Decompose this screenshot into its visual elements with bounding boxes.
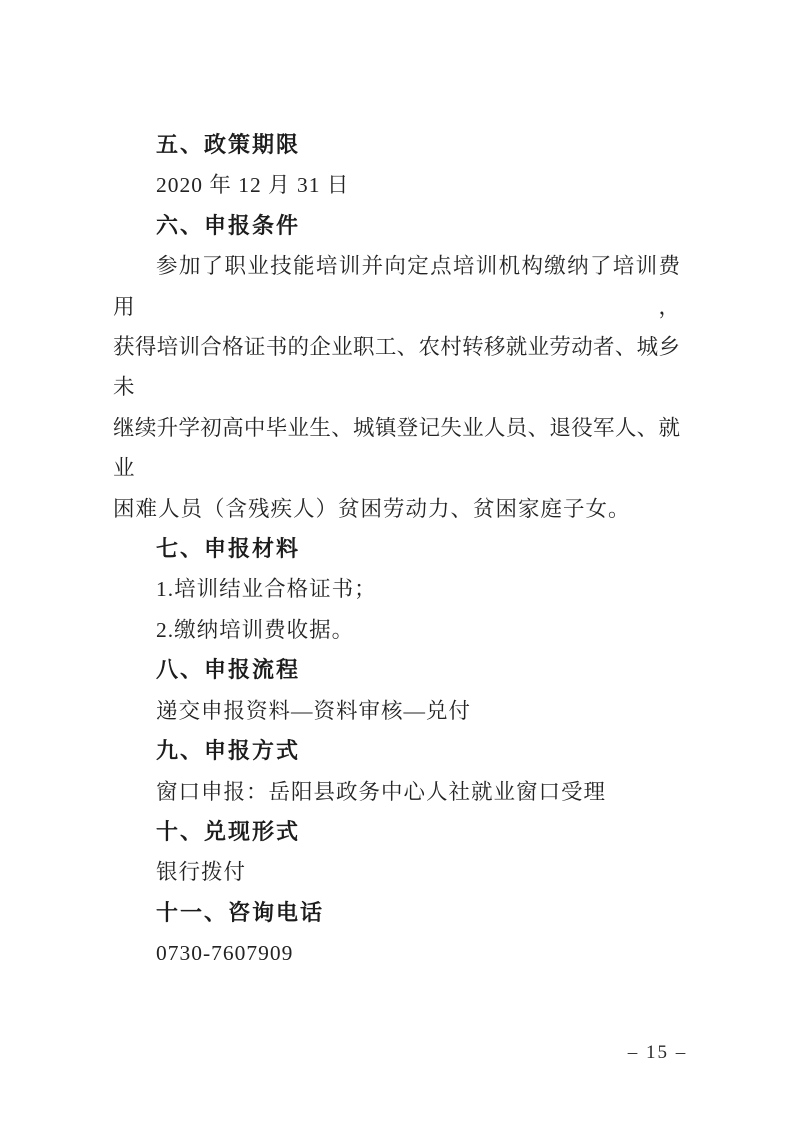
materials-item-2: 2.缴纳培训费收据。 (113, 610, 680, 650)
section-application-method: 九、申报方式 窗口申报：岳阳县政务中心人社就业窗口受理 (113, 731, 680, 812)
section-payment-form: 十、兑现形式 银行拨付 (113, 812, 680, 893)
section-application-conditions: 六、申报条件 参加了职业技能培训并向定点培训机构缴纳了培训费用， 获得培训合格证… (113, 206, 680, 529)
conditions-paragraph-line: 困难人员（含残疾人）贫困劳动力、贫困家庭子女。 (113, 489, 680, 529)
section-heading-policy-period: 五、政策期限 (113, 125, 680, 165)
document-page: 五、政策期限 2020 年 12 月 31 日 六、申报条件 参加了职业技能培训… (0, 0, 793, 1121)
section-heading-payment-form: 十、兑现形式 (113, 812, 680, 852)
payment-form-text: 银行拨付 (113, 852, 680, 892)
application-method-text: 窗口申报：岳阳县政务中心人社就业窗口受理 (113, 772, 680, 812)
section-policy-period: 五、政策期限 2020 年 12 月 31 日 (113, 125, 680, 206)
section-heading-consultation-phone: 十一、咨询电话 (113, 893, 680, 933)
consultation-phone-number: 0730-7607909 (113, 933, 680, 973)
conditions-paragraph-line: 获得培训合格证书的企业职工、农村转移就业劳动者、城乡未 (113, 327, 680, 408)
page-number: – 15 – (610, 1042, 705, 1064)
section-application-process: 八、申报流程 递交申报资料—资料审核—兑付 (113, 650, 680, 731)
policy-period-date: 2020 年 12 月 31 日 (113, 165, 680, 205)
materials-item-1: 1.培训结业合格证书； (113, 569, 680, 609)
conditions-paragraph-line: 继续升学初高中毕业生、城镇登记失业人员、退役军人、就业 (113, 408, 680, 489)
section-heading-application-process: 八、申报流程 (113, 650, 680, 690)
document-content: 五、政策期限 2020 年 12 月 31 日 六、申报条件 参加了职业技能培训… (113, 125, 680, 974)
process-flow-text: 递交申报资料—资料审核—兑付 (113, 691, 680, 731)
section-heading-application-conditions: 六、申报条件 (113, 206, 680, 246)
section-heading-application-method: 九、申报方式 (113, 731, 680, 771)
section-application-materials: 七、申报材料 1.培训结业合格证书； 2.缴纳培训费收据。 (113, 529, 680, 650)
section-heading-application-materials: 七、申报材料 (113, 529, 680, 569)
section-consultation-phone: 十一、咨询电话 0730-7607909 (113, 893, 680, 974)
conditions-paragraph-line: 参加了职业技能培训并向定点培训机构缴纳了培训费用， (113, 246, 680, 327)
